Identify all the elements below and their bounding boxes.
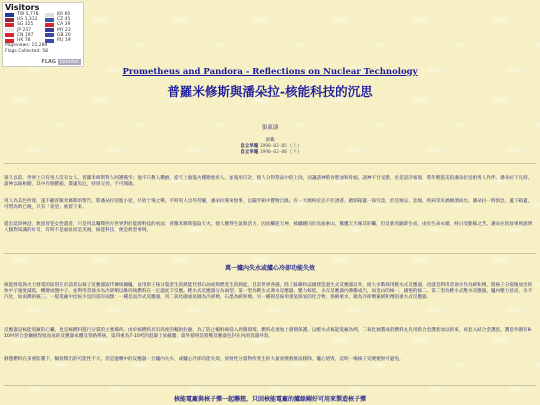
page-title: 普羅米修斯與潘朵拉-核能科技的沉思 xyxy=(0,82,540,100)
english-title-link[interactable]: Prometheus and Pandora - Reflections on … xyxy=(0,67,540,77)
flag-icon xyxy=(45,39,54,43)
paragraph-4: 核能發電與火力發電的區別在於前者以核子反應器取代傳統鍋爐，並用原子核分裂產生的熱… xyxy=(4,283,536,302)
flags-collected-count: Flags Collected: 58 xyxy=(3,49,83,55)
divider xyxy=(4,163,536,164)
divider xyxy=(4,385,536,386)
paragraph-1: 很久以前，世界上只有男人沒有女人。普羅米修斯對人呵護備至；他不只教人鑽磨，從天上… xyxy=(4,176,536,188)
section-heading-1: 萬一爐內失水或爐心冷卻功能失效 xyxy=(0,263,540,272)
country-count: RU 19 xyxy=(57,38,71,43)
flag-icon xyxy=(45,13,54,17)
brand-text-2: counter xyxy=(58,59,81,65)
flag-icon xyxy=(5,28,14,32)
counter-left-column: TW 5,778US 1,312SG 325JP 237CN 197HK 78 xyxy=(5,12,45,43)
flag-icon xyxy=(45,18,54,22)
flag-counter-logo[interactable]: FLAG counter xyxy=(41,59,81,65)
flag-icon xyxy=(5,13,14,17)
counter-right-column: KR 60CZ 45CA 39MY 23GB 20RU 19 xyxy=(45,12,83,43)
flag-counter-widget[interactable]: Visitors TW 5,778US 1,312SG 325JP 237CN … xyxy=(2,2,84,67)
flag-icon xyxy=(5,18,14,22)
flag-icon xyxy=(45,33,54,37)
flag-icon xyxy=(5,33,14,37)
counter-country-row: RU 19 xyxy=(45,38,83,43)
author-name: 張東濤 xyxy=(0,123,540,131)
paragraph-6: 靜態燃料在多重防護下，輻射釋出的可能性不大，但是運轉中的反應器一旦爐內失水，或爐… xyxy=(4,357,536,363)
pub1-label: 自立早報 xyxy=(240,144,258,149)
brand-text: FLAG xyxy=(41,59,56,65)
paragraph-2: 男人為美色所迷，遂不顧普羅米修斯的警告，將潘朵拉迎進小屋，共效于飛之樂。平時男人… xyxy=(4,199,536,211)
paragraph-5: 反應器是核能電廠的心臟，也是核燃料進行分裂的主要場所。由於核燃料具有高度的輻射危… xyxy=(4,328,536,340)
section-heading-2: 核能電廠與核子彈一起聯想，只因核能電廠的爐餘剛好可用來製造核子彈 xyxy=(0,394,540,403)
pub-line-2: 自立早報 1990-02-06 (下) xyxy=(0,150,540,156)
flag-icon xyxy=(5,23,14,27)
publication-info: 原載 自立早報 1990-02-05 (上) 自立早報 1990-02-06 (… xyxy=(0,138,540,156)
divider xyxy=(4,253,536,254)
counter-title: Visitors xyxy=(3,3,83,12)
paragraph-3: 提出這段神話，無意冒犯女性讀者，只是用以闡釋西方世界對於能源科技的看法：普羅米修… xyxy=(4,222,536,234)
pub1-date: 1990-02-05 (上) xyxy=(260,144,300,149)
flag-icon xyxy=(5,39,14,43)
pub2-label: 自立早報 xyxy=(240,150,258,155)
flag-icon xyxy=(45,23,54,27)
pub2-date: 1990-02-06 (下) xyxy=(260,150,300,155)
flag-icon xyxy=(45,28,54,32)
